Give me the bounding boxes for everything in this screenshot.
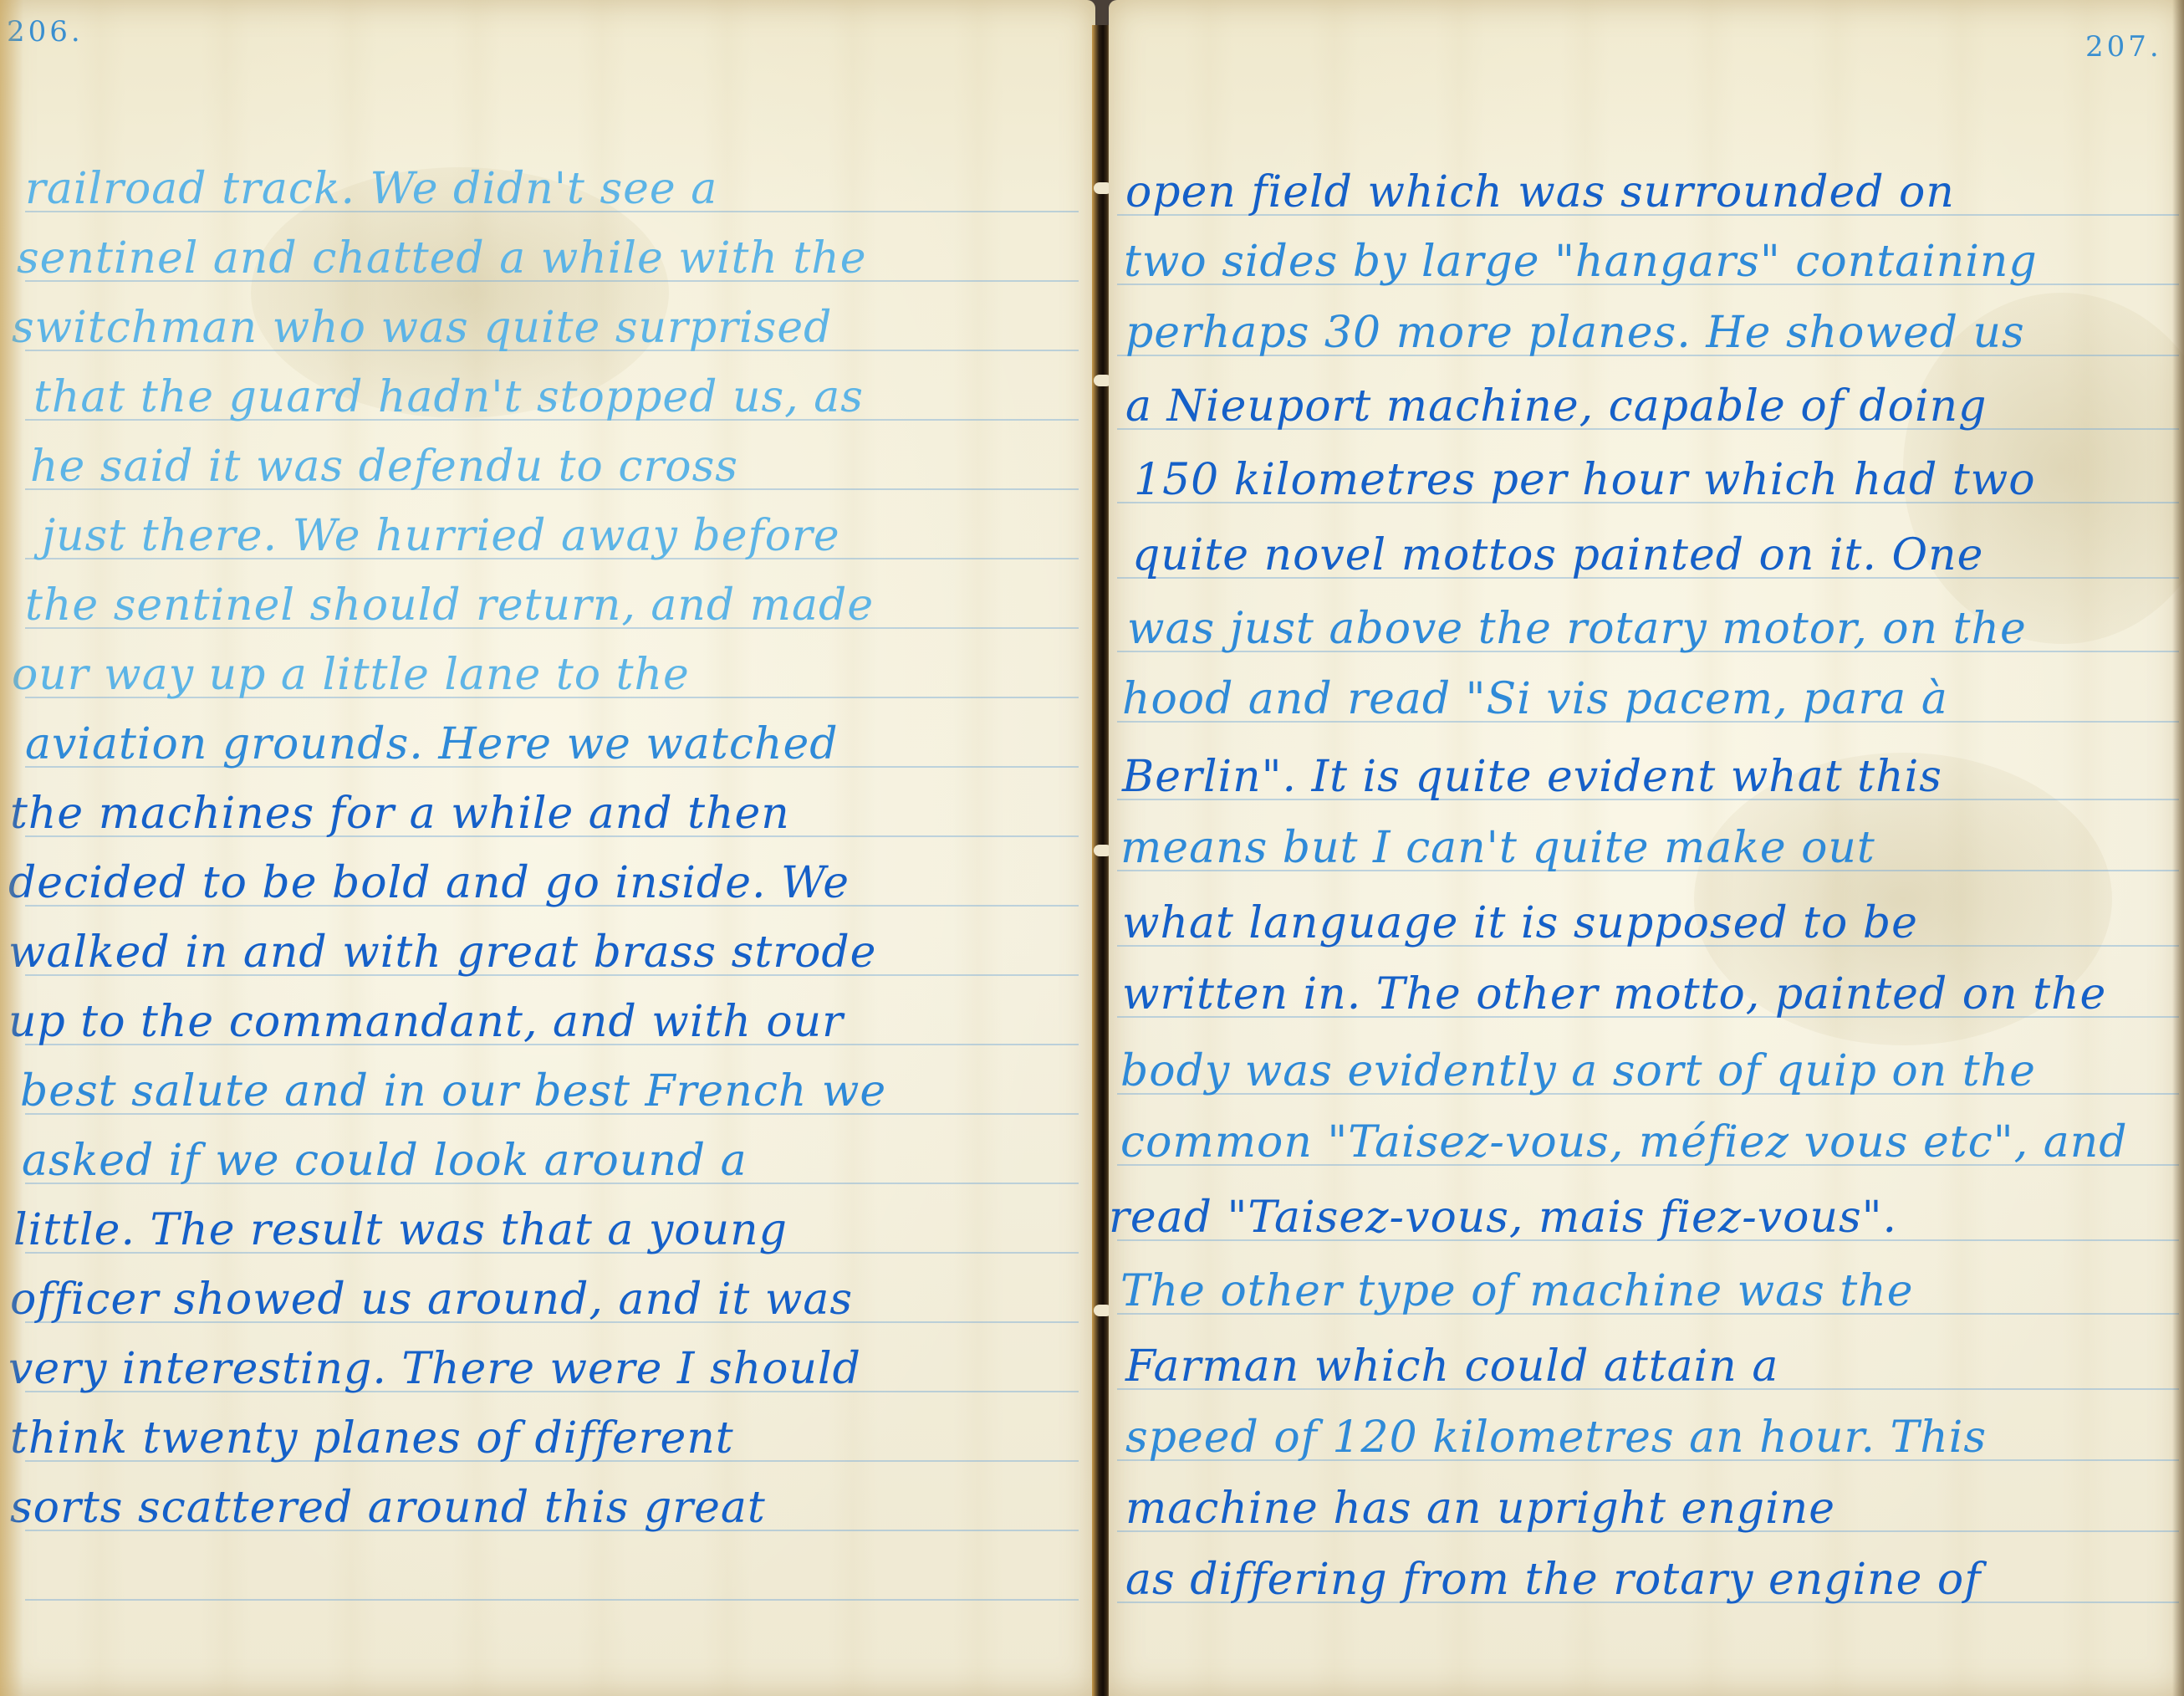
handwritten-line: was just above the rotary motor, on the bbox=[1127, 604, 2027, 654]
handwritten-line: best salute and in our best French we bbox=[20, 1066, 886, 1116]
handwritten-line: officer showed us around, and it was bbox=[10, 1275, 853, 1325]
right-page: 207. open field which was surrounded on … bbox=[1109, 0, 2184, 1696]
handwritten-line: railroad track. We didn't see a bbox=[25, 164, 717, 214]
handwritten-line: the sentinel should return, and made bbox=[25, 580, 874, 631]
handwritten-line: very interesting. There were I should bbox=[8, 1344, 861, 1394]
handwritten-line: a Nieuport machine, capable of doing bbox=[1125, 381, 1987, 432]
handwritten-line: 150 kilometres per hour which had two bbox=[1134, 455, 2036, 505]
handwritten-line: think twenty planes of different bbox=[10, 1413, 734, 1464]
handwritten-line: little. The result was that a young bbox=[13, 1205, 788, 1255]
handwritten-line: speed of 120 kilometres an hour. This bbox=[1125, 1412, 1987, 1463]
handwritten-line: common "Taisez-vous, méfiez vous etc", a… bbox=[1120, 1117, 2128, 1167]
handwritten-line: up to the commandant, and with our bbox=[8, 997, 844, 1047]
handwritten-line: aviation grounds. Here we watched bbox=[25, 719, 839, 769]
handwritten-line: body was evidently a sort of quip on the bbox=[1120, 1046, 2036, 1096]
handwritten-line: Berlin". It is quite evident what this bbox=[1122, 752, 1942, 802]
ruled-line bbox=[25, 1599, 1079, 1601]
handwritten-line: The other type of machine was the bbox=[1120, 1266, 1914, 1316]
handwritten-line: that the guard hadn't stopped us, as bbox=[33, 372, 864, 422]
handwritten-line: he said it was defendu to cross bbox=[30, 442, 738, 492]
handwritten-line: asked if we could look around a bbox=[22, 1136, 748, 1186]
handwritten-line: sentinel and chatted a while with the bbox=[17, 233, 867, 284]
handwritten-line: what language it is supposed to be bbox=[1122, 898, 1918, 948]
handwritten-line: two sides by large "hangars" containing bbox=[1124, 237, 2038, 287]
handwritten-line: read "Taisez-vous, mais fiez-vous". bbox=[1109, 1193, 1897, 1243]
handwritten-line: hood and read "Si vis pacem, para à bbox=[1122, 674, 1948, 724]
handwritten-line: as differing from the rotary engine of bbox=[1125, 1555, 1982, 1605]
handwritten-line: perhaps 30 more planes. He showed us bbox=[1125, 308, 2025, 358]
handwritten-line: written in. The other motto, painted on … bbox=[1122, 969, 2106, 1019]
handwritten-line: open field which was surrounded on bbox=[1125, 167, 1955, 217]
handwritten-line: just there. We hurried away before bbox=[42, 511, 840, 561]
handwritten-line: our way up a little lane to the bbox=[12, 650, 690, 700]
page-number-left: 206. bbox=[7, 15, 84, 49]
handwritten-line: Farman which could attain a bbox=[1125, 1341, 1778, 1392]
handwritten-line: switchman who was quite surprised bbox=[12, 303, 832, 353]
handwritten-line: machine has an upright engine bbox=[1125, 1484, 1835, 1534]
page-number-right: 207. bbox=[2085, 30, 2162, 64]
notebook-spread: 206. railroad track. We didn't see a sen… bbox=[0, 0, 2184, 1696]
handwritten-line: walked in and with great brass strode bbox=[8, 927, 876, 978]
handwritten-line: means but I can't quite make out bbox=[1120, 823, 1875, 873]
left-page: 206. railroad track. We didn't see a sen… bbox=[0, 0, 1095, 1696]
handwritten-line: decided to be bold and go inside. We bbox=[8, 858, 850, 908]
handwritten-line: sorts scattered around this great bbox=[10, 1483, 766, 1533]
handwritten-line: the machines for a while and then bbox=[10, 789, 790, 839]
handwritten-line: quite novel mottos painted on it. One bbox=[1132, 530, 1983, 580]
